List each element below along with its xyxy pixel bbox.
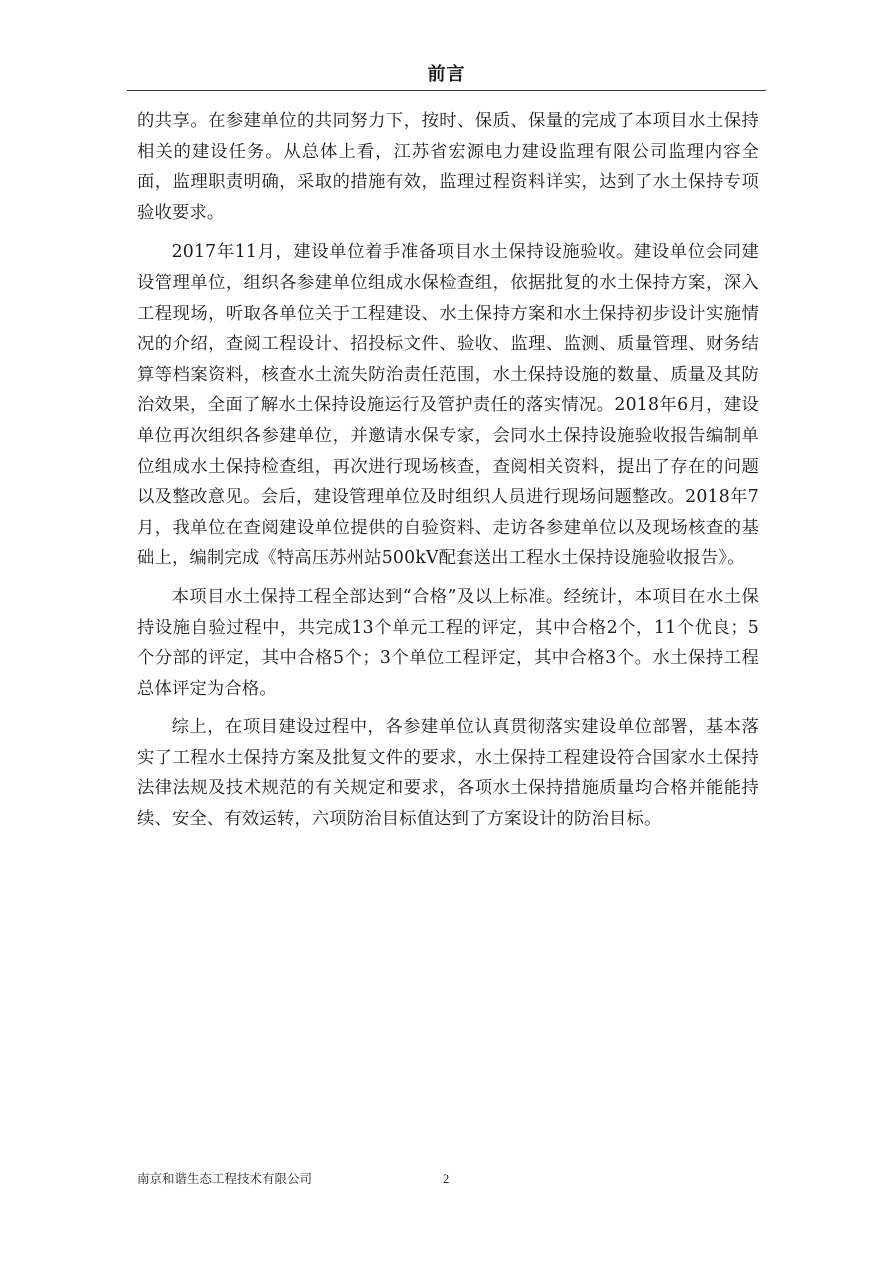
- page-number: 2: [443, 1170, 449, 1188]
- page-header: 前言: [127, 62, 766, 91]
- paragraph-acceptance-process: 2017年11月，建设单位着手准备项目水土保持设施验收。建设单位会同建设管理单位…: [137, 237, 759, 574]
- document-body: 的共享。在参建单位的共同努力下，按时、保质、保量的完成了本项目水土保持相关的建设…: [137, 106, 759, 843]
- page-footer: 南京和谐生态工程技术有限公司 2: [137, 1170, 767, 1190]
- paragraph-quality-assessment: 本项目水土保持工程全部达到“合格”及以上标准。经统计，本项目在水土保持设施自验过…: [137, 582, 759, 704]
- paragraph-conclusion: 综上，在项目建设过程中，各参建单位认真贯彻落实建设单位部署，基本落实了工程水土保…: [137, 712, 759, 834]
- footer-company-name: 南京和谐生态工程技术有限公司: [137, 1170, 312, 1188]
- paragraph-continuation: 的共享。在参建单位的共同努力下，按时、保质、保量的完成了本项目水土保持相关的建设…: [137, 106, 759, 228]
- page-title: 前言: [428, 64, 466, 85]
